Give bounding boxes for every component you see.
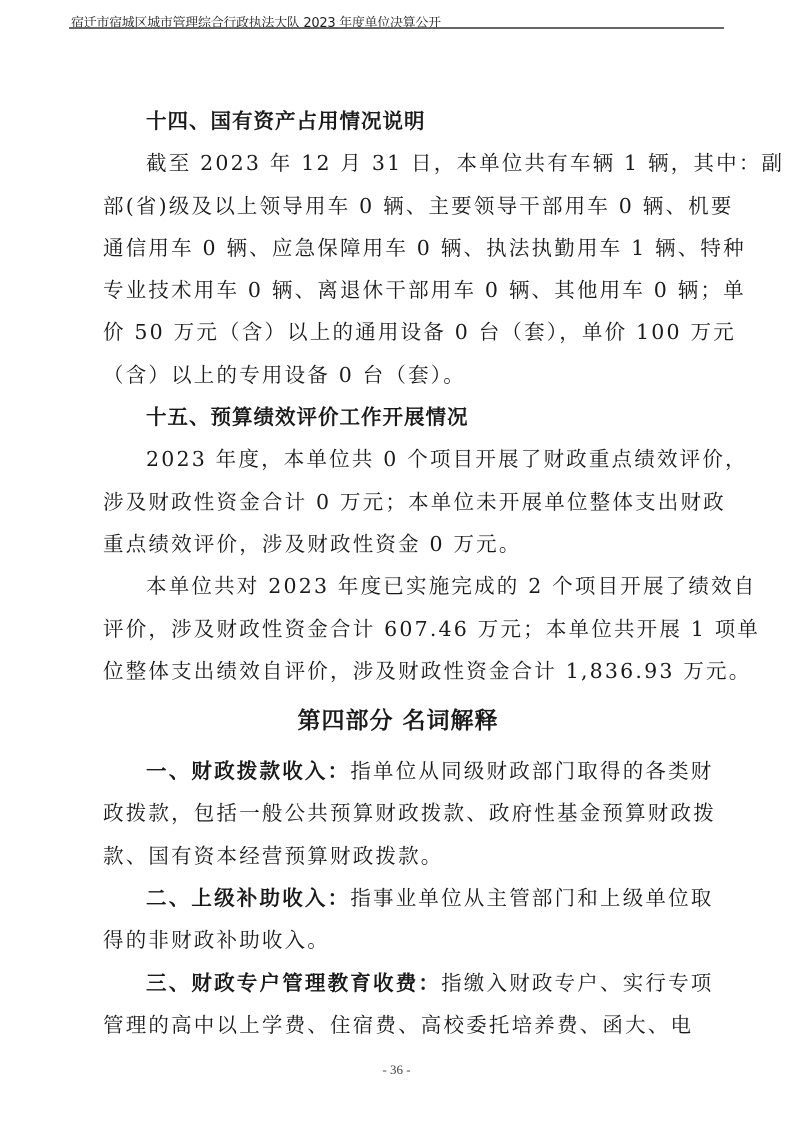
paragraph-line: 位整体支出绩效自评价，涉及财政性资金合计 1,836.93 万元。: [103, 650, 693, 692]
paragraph-line: 管理的高中以上学费、住宿费、高校委托培养费、函大、电: [103, 1004, 693, 1046]
paragraph-line: 评价，涉及财政性资金合计 607.46 万元；本单位共开展 1 项单: [103, 608, 693, 650]
paragraph-line: 截至 2023 年 12 月 31 日，本单位共有车辆 1 辆，其中：副: [103, 142, 693, 184]
term-label: 三、财政专户管理教育收费：: [146, 971, 441, 995]
section-heading-15: 十五、预算绩效评价工作开展情况: [103, 396, 693, 438]
paragraph-line: 专业技术用车 0 辆、离退休干部用车 0 辆、其他用车 0 辆；单: [103, 269, 693, 311]
term-line: 三、财政专户管理教育收费：指缴入财政专户、实行专项: [103, 962, 693, 1004]
page-body: 十四、国有资产占用情况说明 截至 2023 年 12 月 31 日，本单位共有车…: [103, 100, 693, 1046]
term-definition: 指缴入财政专户、实行专项: [441, 971, 713, 995]
term-definition: 指事业单位从主管部门和上级单位取: [350, 886, 713, 910]
term-line: 二、上级补助收入：指事业单位从主管部门和上级单位取: [103, 877, 693, 919]
paragraph-line: 价 50 万元（含）以上的通用设备 0 台（套），单价 100 万元: [103, 311, 693, 353]
term-label: 一、财政拨款收入：: [146, 759, 350, 783]
paragraph-line: 得的非财政补助收入。: [103, 919, 693, 961]
paragraph-line: 政拨款，包括一般公共预算财政拨款、政府性基金预算财政拨: [103, 792, 693, 834]
paragraph-line: 部(省)级及以上领导用车 0 辆、主要领导干部用车 0 辆、机要: [103, 185, 693, 227]
term-label: 二、上级补助收入：: [146, 886, 350, 910]
paragraph-line: 2023 年度，本单位共 0 个项目开展了财政重点绩效评价，: [103, 438, 693, 480]
section-heading-14: 十四、国有资产占用情况说明: [103, 100, 693, 142]
term-definition: 指单位从同级财政部门取得的各类财: [350, 759, 713, 783]
paragraph-line: 重点绩效评价，涉及财政性资金 0 万元。: [103, 523, 693, 565]
part-heading: 第四部分 名词解释: [103, 692, 693, 750]
paragraph-line: 本单位共对 2023 年度已实施完成的 2 个项目开展了绩效自: [103, 565, 693, 607]
term-line: 一、财政拨款收入：指单位从同级财政部门取得的各类财: [103, 750, 693, 792]
paragraph-line: （含）以上的专用设备 0 台（套）。: [103, 354, 693, 396]
paragraph-line: 款、国有资本经营预算财政拨款。: [103, 835, 693, 877]
paragraph-line: 通信用车 0 辆、应急保障用车 0 辆、执法执勤用车 1 辆、特种: [103, 227, 693, 269]
paragraph-line: 涉及财政性资金合计 0 万元；本单位未开展单位整体支出财政: [103, 481, 693, 523]
page-number: - 36 -: [0, 1062, 793, 1078]
header-rule: [69, 27, 724, 29]
